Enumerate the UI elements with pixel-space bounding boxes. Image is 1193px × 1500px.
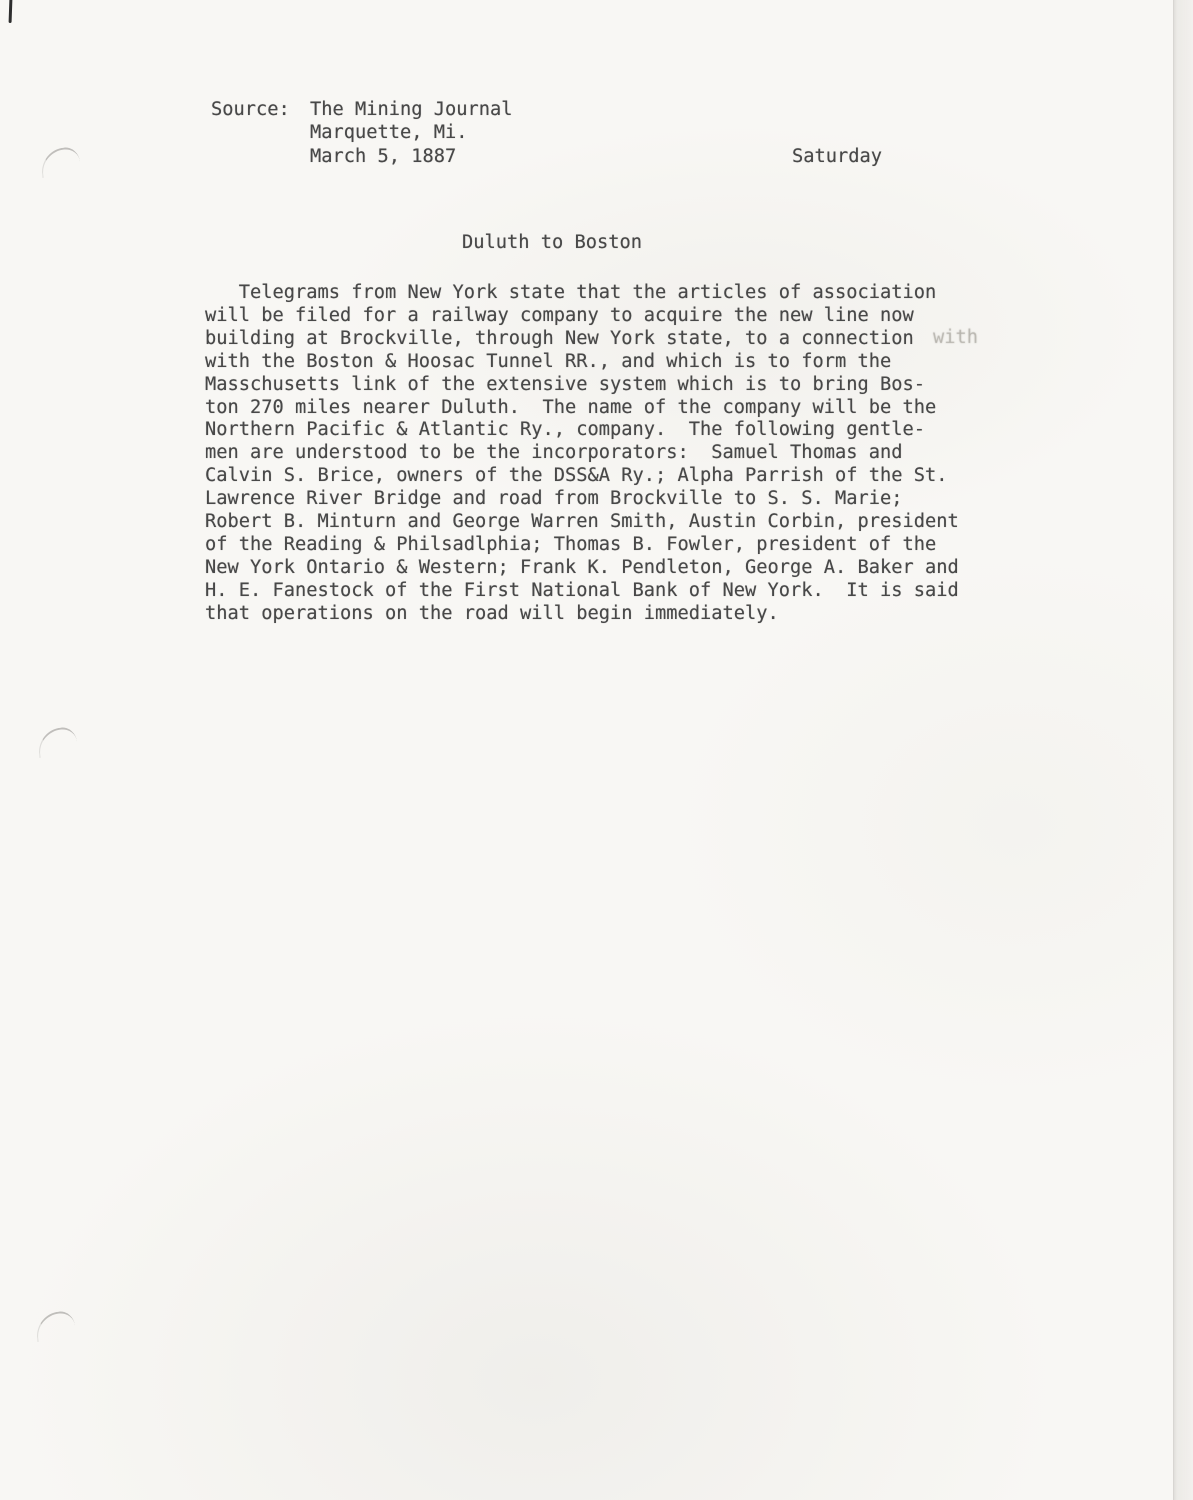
punch-hole-arc-top — [40, 146, 82, 178]
paper-right-edge-shadow — [1173, 0, 1193, 1500]
article-body: Telegrams from New York state that the a… — [205, 282, 959, 626]
publication-weekday: Saturday — [792, 146, 882, 169]
punch-hole-arc-bottom — [35, 1310, 77, 1342]
source-label: Source: — [211, 99, 290, 122]
scanned-document-page: Source: The Mining Journal Marquette, Mi… — [0, 0, 1193, 1500]
publication-name: The Mining Journal — [310, 99, 513, 122]
scan-edge-tick — [9, 0, 13, 23]
publication-location: Marquette, Mi. — [310, 122, 468, 145]
punch-hole-arc-middle — [37, 726, 79, 758]
bleed-through-ghost-text: with — [933, 327, 978, 350]
article-title: Duluth to Boston — [462, 232, 642, 255]
publication-date: March 5, 1887 — [310, 146, 456, 169]
